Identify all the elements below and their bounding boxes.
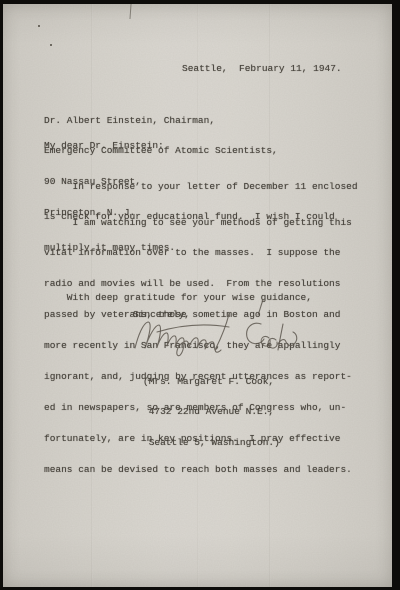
signer-line: Seattle 5, Washington.) (143, 438, 280, 448)
letter-page: Seattle, February 11, 1947. Dr. Albert E… (3, 4, 392, 587)
handwritten-signature: Margaret F. Cook (105, 296, 300, 360)
salutation: My dear Dr. Einstein: (44, 141, 164, 151)
scanned-letter-photo: { "page": { "background_color": "#0d0c0a… (0, 0, 400, 590)
paper-speck (50, 44, 52, 46)
body-line: I am watching to see your methods of get… (44, 218, 352, 228)
signer-line: (Mrs. Margaret F. Cook, (143, 377, 280, 387)
dateline: Seattle, February 11, 1947. (182, 64, 342, 74)
signer-line: 4732 22nd Avenue N.E., (143, 407, 280, 417)
recipient-line: Dr. Albert Einstein, Chairman, (44, 116, 278, 126)
body-line: radio and movies will be used. From the … (44, 279, 352, 289)
body-line: vital information over to the masses. I … (44, 248, 352, 258)
paper-scratch-mark (129, 4, 131, 19)
signer-identification: (Mrs. Margaret F. Cook, 4732 22nd Avenue… (143, 356, 280, 469)
body-line: In response to your letter of December 1… (44, 182, 358, 192)
paper-speck (38, 25, 40, 27)
